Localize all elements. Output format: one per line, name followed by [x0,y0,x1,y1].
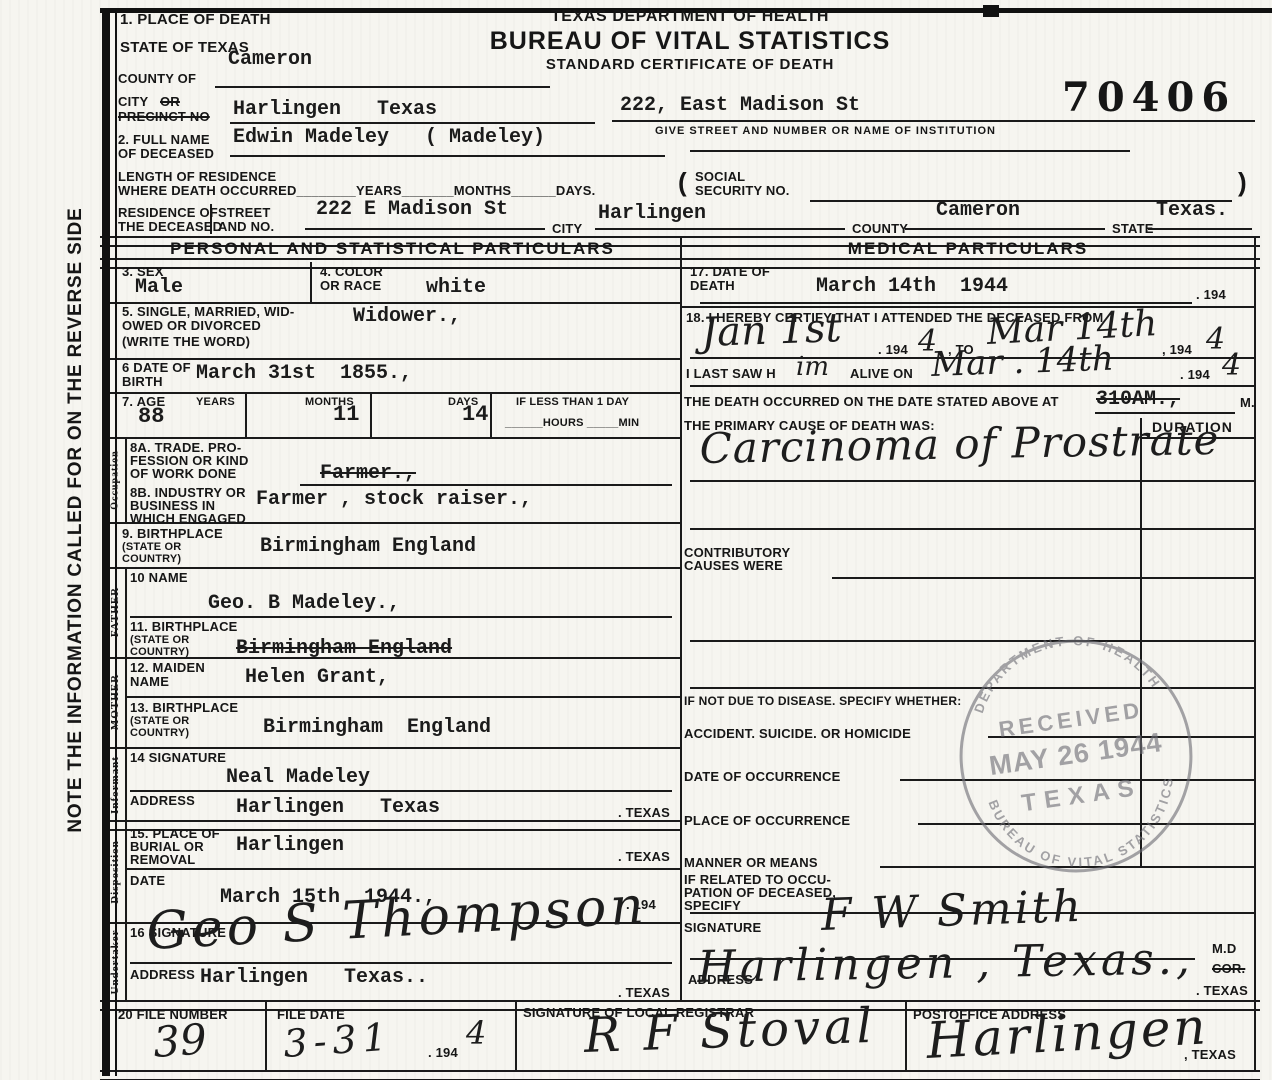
rule-line [130,962,672,964]
father-bp-value: Birmingham England [236,637,452,660]
res-city-value: Harlingen [598,202,706,225]
dob-label-2: BIRTH [122,375,163,390]
rule-line [130,616,672,618]
street-hint: GIVE STREET AND NUMBER OR NAME OF INSTIT… [655,125,996,137]
rule-line-vertical [125,820,127,922]
age-years-value: 88 [138,404,164,429]
informant-texas-suffix: . TEXAS [618,806,670,821]
rule-line [1148,228,1252,230]
fullname-value: Edwin Madeley ( Madeley) [233,126,545,149]
rule-line [105,392,680,394]
occ8a-value: Farmer., [320,462,416,485]
marital-label-3: (WRITE THE WORD) [122,335,250,350]
rule-line [305,228,545,230]
rule-line [125,696,680,698]
informant-addr-value: Harlingen Texas [236,796,440,819]
contributory-label-2: CAUSES WERE [684,559,783,574]
rule-line [700,302,1192,304]
security-no-label: SECURITY NO. [695,184,790,199]
lastsaw-im-hand: im [796,352,829,382]
lastsaw-pre-label: I LAST SAW H [686,367,776,382]
rule-line [690,640,1256,642]
rule-line-vertical [265,1000,267,1072]
father-bp-label-3: COUNTRY) [130,646,189,658]
rule-line [100,1070,1260,1080]
rule-line-vertical [905,1000,907,1072]
length-residence-label-2: WHERE DEATH OCCURRED________YEARS_______… [118,184,595,199]
rule-line [690,528,1256,530]
paren-close: ) [1238,168,1247,197]
md-label: M.D [1212,942,1236,957]
corner-mark [983,5,999,17]
birthplace-label-3: COUNTRY) [122,553,181,565]
physician-texas-suffix: . TEXAS [1196,984,1248,999]
occ8a-label-3: OF WORK DONE [130,467,236,482]
svg-text:DEPARTMENT OF HEALTH: DEPARTMENT OF HEALTH [962,621,1165,717]
marital-value: Widower., [353,305,461,328]
stamp-date: MAY 26 1944 [987,726,1164,781]
age-days-value: 14 [462,402,488,427]
occurred-time-value: 310AM., [1096,388,1180,411]
city-label: CITY [118,95,148,110]
color-value: white [426,276,486,299]
res-county-value: Cameron [936,199,1020,222]
medical-band-title: MEDICAL PARTICULARS [682,239,1254,259]
birthplace-label-2: (STATE OR [122,541,181,553]
cause-of-death-value: Carcinoma of Prostrate [699,415,1220,473]
to-194: , 194 [1162,343,1192,358]
file-date-value: 3-31 [282,1014,394,1066]
precinct-label: PRECINCT NO [118,110,210,125]
undertaker-addr-value: Harlingen Texas.. [200,966,428,989]
rule-line [105,358,680,360]
lastsaw-year-hand: 4 [1222,348,1241,383]
left-border-outer [102,8,110,1076]
informant-sig-value: Neal Madeley [226,766,370,789]
rule-line-vertical [125,922,127,1000]
marital-label-2: OWED OR DIVORCED [122,319,261,334]
fullname-label-2: OF DECEASED [118,147,214,162]
occ8b-value: Farmer , stock raiser., [256,488,532,511]
related-label-3: SPECIFY [684,899,741,914]
occurred-label: THE DEATH OCCURRED ON THE DATE STATED AB… [684,395,1059,410]
physician-sig-label: SIGNATURE [684,921,761,936]
rule-line [905,228,1105,230]
res-county-label: COUNTY [852,222,908,237]
res-state-value: Texas. [1156,199,1228,222]
burial-value: Harlingen [236,834,344,857]
occurred-m-label: M. [1240,396,1255,411]
rule-line [130,790,672,792]
rule-line [230,122,595,124]
rule-line-vertical [680,236,682,1002]
age-months-value: 11 [333,402,359,427]
file-number-value: 39 [152,1014,209,1067]
title-standard: STANDARD CERTIFICATE OF DEATH [420,56,960,73]
birthplace-value: Birmingham England [260,535,476,558]
rule-line-vertical [370,392,372,437]
form-title: TEXAS DEPARTMENT OF HEALTH BUREAU OF VIT… [420,8,960,73]
disposition-side-label: Disposition [109,840,121,904]
father-bp-label-1: 11. BIRTHPLACE [130,620,238,635]
left-border-inner [115,8,117,1076]
mother-bp-label-1: 13. BIRTHPLACE [130,701,238,716]
burial-texas-suffix: . TEXAS [618,850,670,865]
rule-line-vertical [1254,236,1256,1072]
residence-street-value: 222 E Madison St [316,198,508,221]
dob-value: March 31st 1855., [196,362,412,385]
rule-line [832,577,1256,579]
rule-line [880,866,1256,868]
rule-line-vertical [125,437,127,522]
rule-line-vertical [125,657,127,747]
dod-value: March 14th 1944 [816,275,1008,298]
county-of-label: COUNTY OF [118,72,196,87]
county-value: Cameron [228,48,312,71]
res-city-label: CITY [552,222,582,237]
mother-side-label: MOTHER [109,674,121,730]
birthplace-label-1: 9. BIRTHPLACE [122,527,223,542]
title-dept: TEXAS DEPARTMENT OF HEALTH [420,8,960,26]
title-bureau: BUREAU OF VITAL STATISTICS [420,27,960,56]
burial-label-3: REMOVAL [130,853,195,868]
received-stamp: DEPARTMENT OF HEALTH BUREAU OF VITAL STA… [934,614,1219,899]
maiden-value: Helen Grant, [245,666,389,689]
file-date-year-hand: 4 [466,1014,486,1052]
father-name-value: Geo. B Madeley., [208,592,400,615]
city-value: Harlingen Texas [233,98,437,121]
informant-side-label: Informant [109,756,121,814]
mother-bp-label-3: COUNTRY) [130,727,189,739]
physician-signature: F W Smith [820,881,1084,941]
rule-line [988,736,1256,738]
rule-line [105,747,680,749]
hours-min-label: ______HOURS _____MIN [505,417,639,429]
from-194: . 194 [878,343,908,358]
reverse-side-note: NOTE THE INFORMATION CALLED FOR ON THE R… [65,207,87,832]
place-of-death-label: 1. PLACE OF DEATH [120,12,271,29]
informant-sig-label: 14 SIGNATURE [130,751,226,766]
undertaker-addr-label: ADDRESS [130,968,195,983]
rule-line-vertical [245,392,247,437]
or-label: OR [160,95,180,110]
death-certificate-page: NOTE THE INFORMATION CALLED FOR ON THE R… [0,0,1272,1080]
age-years-label: YEARS [196,396,235,408]
mother-bp-label-2: (STATE OR [130,715,189,727]
dod-label-2: DEATH [690,279,735,294]
lastsaw-post-label: ALIVE ON [850,367,913,382]
rule-line [900,779,1256,781]
rule-line [690,480,1256,482]
and-no-label: AND NO. [218,220,274,235]
the-deceased-label: THE DECEASED [118,220,222,235]
certificate-number: 70406 [1062,74,1236,121]
stamp-arc-top: DEPARTMENT OF HEALTH [962,621,1165,717]
rule-line [215,86,550,88]
dod-194: . 194 [1196,288,1226,303]
occupation-side-label: Occupation [110,450,121,509]
registrar-signature: R F Stoval [583,998,877,1064]
rule-line [690,150,1130,152]
maiden-label-2: NAME [130,675,169,690]
rule-line-vertical [515,1000,517,1072]
occ8b-label-3: WHICH ENGAGED [130,512,246,527]
rule-line [1095,412,1235,414]
rule-line [105,437,680,439]
mother-bp-value: Birmingham England [263,716,491,739]
father-side-label: FATHER [109,587,121,637]
rule-line [690,687,1256,689]
sex-value: Male [135,276,183,299]
lastsaw-value: Mar . 14th [931,339,1115,385]
res-state-label: STATE [1112,222,1154,237]
if-not-due-label: IF NOT DUE TO DISEASE. SPECIFY WHETHER: [684,695,961,708]
rule-line [690,385,1254,387]
rule-line-vertical [125,567,127,657]
accident-label: ACCIDENT. SUICIDE. OR HOMICIDE [684,727,911,742]
attended-from-value: Jan 1st [700,305,842,356]
personal-band-title: PERSONAL AND STATISTICAL PARTICULARS [105,239,680,259]
informant-addr-label: ADDRESS [130,794,195,809]
rule-line-vertical [310,262,312,302]
cor-struck-label: COR. [1212,962,1245,977]
place-occurrence-label: PLACE OF OCCURRENCE [684,814,850,829]
street-value: 222, East Madison St [620,94,860,117]
undertaker-texas-suffix: . TEXAS [618,986,670,1001]
rule-line-vertical [490,392,492,437]
father-name-label: 10 NAME [130,571,188,586]
paren-open: ( [678,168,687,197]
manner-label: MANNER OR MEANS [684,856,818,871]
physician-address: Harlingen , Texas., [697,933,1194,993]
less-than-day-label: IF LESS THAN 1 DAY [516,396,629,408]
rule-line [918,823,1256,825]
date-occurrence-label: DATE OF OCCURRENCE [684,770,840,785]
father-bp-label-2: (STATE OR [130,634,189,646]
rule-line [595,228,845,230]
rule-line-vertical [125,747,127,820]
rule-line [125,868,680,870]
file-date-194: . 194 [428,1046,458,1061]
rule-line [230,155,665,157]
rule-line-vertical [1140,418,1142,868]
rule-line [105,567,680,569]
lastsaw-194: . 194 [1180,368,1210,383]
burial-date-label: DATE [130,874,165,889]
color-label-2: OR RACE [320,279,381,294]
undertaker-side-label: Undertaker [109,930,121,995]
